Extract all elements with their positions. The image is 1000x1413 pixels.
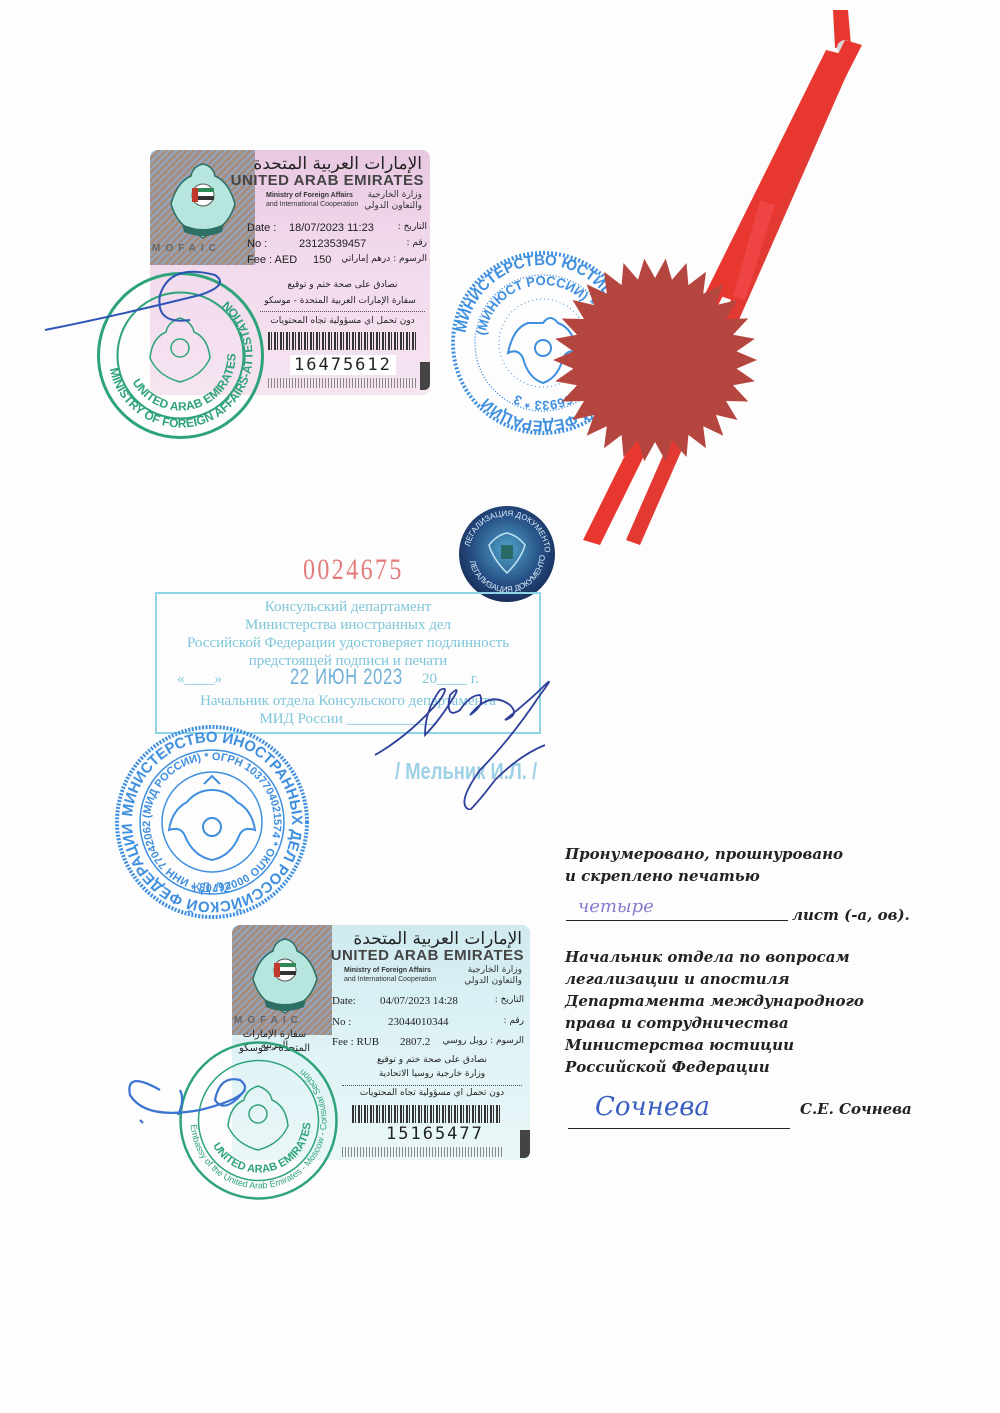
signature-line <box>568 1128 790 1129</box>
fee-value: 2807.2 <box>400 1036 430 1048</box>
date-label-ar: التاريخ : <box>398 222 427 232</box>
uae-falcon-emblem-icon <box>168 162 238 242</box>
divider <box>342 1085 522 1086</box>
ministry-arabic-1: وزارة الخارجية <box>468 965 522 975</box>
ministry-arabic-1: وزارة الخارجية <box>368 190 422 200</box>
consular-line-2: Министерства иностранных дел <box>157 616 539 634</box>
consular-line-1: Консульский департамент <box>157 598 539 616</box>
header-english: UNITED ARAB EMIRATES <box>231 172 424 189</box>
attest-line-2: سفارة الإمارات العربية المتحدة - موسكو <box>255 296 425 306</box>
legalization-hologram: ЛЕГАЛИЗАЦИЯ ДОКУМЕНТОВ ЛЕГАЛИЗАЦИЯ ДОКУМ… <box>458 505 556 603</box>
date-value: 04/07/2023 14:28 <box>380 995 458 1007</box>
number-label-ar: رقم : <box>503 1016 524 1026</box>
consular-line-3: Российской Федерации удостоверяет подлин… <box>157 634 539 652</box>
signature-melnik <box>370 680 570 810</box>
header-arabic: الإمارات العربية المتحدة <box>253 154 422 174</box>
cert-line-1: Пронумеровано, прошнуровано <box>565 843 843 865</box>
signature-scribble-1 <box>40 265 240 365</box>
date-label: Date: <box>332 995 356 1007</box>
number-value: 23044010344 <box>388 1016 449 1028</box>
number-label: No : <box>247 238 267 250</box>
barcode-thin <box>342 1147 502 1157</box>
barcode <box>352 1105 502 1123</box>
serial-number: 15165477 <box>382 1124 488 1144</box>
signature-scribble-2 <box>120 1060 280 1130</box>
corner-block <box>520 1130 530 1158</box>
title-line-5: Министерства юстиции <box>565 1034 794 1056</box>
corner-block <box>420 362 430 390</box>
number-label: No : <box>332 1016 351 1028</box>
ministry-english-1: Ministry of Foreign Affairs <box>344 967 431 974</box>
divider <box>260 311 425 312</box>
emblem-panel: MOFAIC <box>150 150 255 265</box>
fee-label: Fee : AED <box>247 254 297 266</box>
ministry-english-2: and International Cooperation <box>344 976 436 983</box>
title-line-6: Российской Федерации <box>565 1056 770 1078</box>
ministry-arabic-2: والتعاون الدولي <box>364 201 422 211</box>
mofaic-logo-text: MOFAIC <box>152 243 221 254</box>
ministry-arabic-2: والتعاون الدولي <box>464 976 522 986</box>
title-line-4: права и сотрудничества <box>565 1012 789 1034</box>
sheet-count-line <box>566 920 788 921</box>
emblem-panel: MOFAIC <box>232 925 332 1035</box>
attest-line-1: نصادق على صحة ختم و توقيع <box>260 280 425 290</box>
sheets-label: лист (-а, ов). <box>792 904 910 926</box>
disclaimer: دون تحمل اي مسؤولية تجاه المحتويات <box>260 316 425 326</box>
header-arabic: الإمارات العربية المتحدة <box>353 929 522 949</box>
fee-label-ar: الرسوم : درهم إماراتي <box>341 254 427 264</box>
attest-line-2: وزارة خارجية روسيا الاتحادية <box>342 1069 522 1079</box>
handwritten-sheet-count: четыре <box>578 896 654 917</box>
barcode-thin <box>268 378 418 388</box>
fee-label-ar: الرسوم : روبل روسي <box>443 1036 524 1046</box>
svg-text:КД Л2: КД Л2 <box>193 879 232 895</box>
number-label-ar: رقم : <box>406 238 427 248</box>
disclaimer: دون تحمل اي مسؤولية تجاه المحتويات <box>342 1088 522 1098</box>
red-wax-seal <box>550 250 760 470</box>
date-value: 18/07/2023 11:23 <box>289 222 374 234</box>
ministry-english-2: and International Cooperation <box>266 201 358 208</box>
cert-signatory: С.Е. Сочнева <box>800 1098 912 1120</box>
fee-value: 150 <box>313 254 331 266</box>
header-english: UNITED ARAB EMIRATES <box>331 947 524 964</box>
serial-number: 16475612 <box>290 355 396 375</box>
barcode <box>268 332 418 350</box>
handwritten-signature: Сочнева <box>595 1092 710 1122</box>
mfa-round-stamp: МИНИСТЕРСТВО ИНОСТРАННЫХ ДЕЛ РОССИЙСКОЙ … <box>112 722 312 922</box>
uae-falcon-emblem-icon <box>250 937 320 1017</box>
number-value: 23123539457 <box>299 238 366 250</box>
mofaic-logo-text: MOFAIC <box>234 1015 303 1026</box>
title-line-3: Департамента международного <box>565 990 864 1012</box>
date-label: Date : <box>247 222 276 234</box>
ministry-english-1: Ministry of Foreign Affairs <box>266 192 353 199</box>
cert-line-2: и скреплено печатью <box>565 865 760 887</box>
date-label-ar: التاريخ : <box>495 995 524 1005</box>
consular-stamp-number: 0024675 <box>303 553 404 587</box>
title-line-2: легализации и апостиля <box>565 968 790 990</box>
attest-line-1: نصادق على صحة ختم و توقيع <box>342 1055 522 1065</box>
title-line-1: Начальник отдела по вопросам <box>565 946 850 968</box>
